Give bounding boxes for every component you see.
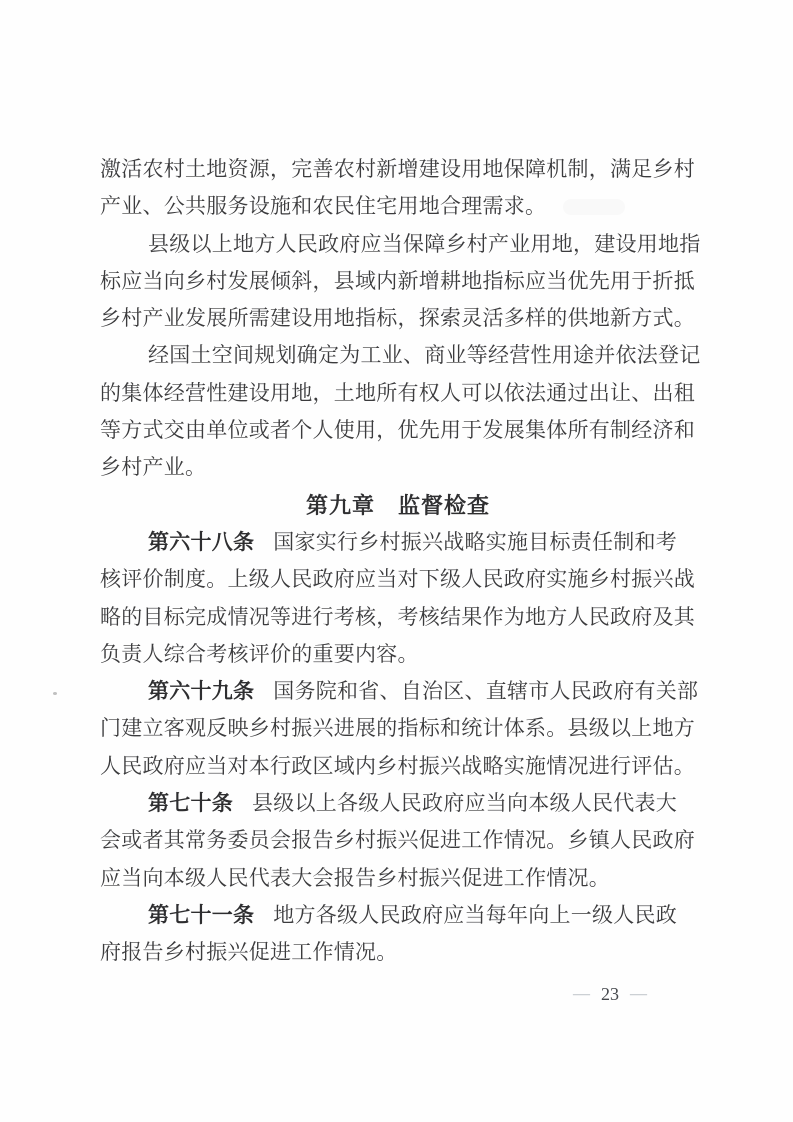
text-line: 的集体经营性建设用地，土地所有权人可以依法通过出让、出租	[100, 375, 696, 412]
article-first-line-text: 地方各级人民政府应当每年向上一级人民政	[273, 903, 677, 927]
text-line: 应当向本级人民代表大会报告乡村振兴促进工作情况。	[100, 860, 696, 897]
page-number-value: 23	[601, 983, 619, 1005]
article-first-line-text: 国家实行乡村振兴战略实施目标责任制和考	[273, 530, 677, 554]
text-line: 激活农村土地资源，完善农村新增建设用地保障机制，满足乡村	[100, 151, 696, 188]
text-line: 人民政府应当对本行政区域内乡村振兴战略实施情况进行评估。	[100, 748, 696, 785]
scan-speck	[53, 692, 57, 695]
text-line: 府报告乡村振兴促进工作情况。	[100, 934, 696, 971]
text-line: 核评价制度。上级人民政府应当对下级人民政府实施乡村振兴战	[100, 561, 696, 598]
article-number: 第六十九条	[148, 679, 254, 703]
article-first-line-text: 县级以上各级人民政府应当向本级人民代表大	[252, 791, 677, 815]
text-line: 产业、公共服务设施和农民住宅用地合理需求。	[100, 188, 696, 225]
text-line: 会或者其常务委员会报告乡村振兴促进工作情况。乡镇人民政府	[100, 822, 696, 859]
text-line: 第七十条县级以上各级人民政府应当向本级人民代表大	[100, 785, 696, 822]
article-number: 第六十八条	[148, 530, 254, 554]
text-line: 标应当向乡村发展倾斜，县域内新增耕地指标应当优先用于折抵	[100, 263, 696, 300]
scanned-document-page: 激活农村土地资源，完善农村新增建设用地保障机制，满足乡村产业、公共服务设施和农民…	[0, 0, 793, 1122]
text-line: 第六十八条国家实行乡村振兴战略实施目标责任制和考	[100, 524, 696, 561]
article-number: 第七十条	[148, 791, 233, 815]
page-number-dash-left: —	[573, 985, 590, 1003]
document-body: 激活农村土地资源，完善农村新增建设用地保障机制，满足乡村产业、公共服务设施和农民…	[100, 151, 696, 972]
chapter-heading: 第九章 监督检查	[100, 487, 696, 524]
article-number: 第七十一条	[148, 903, 254, 927]
text-line: 负责人综合考核评价的重要内容。	[100, 636, 696, 673]
page-number: — 23 —	[573, 983, 647, 1005]
text-line: 县级以上地方人民政府应当保障乡村产业用地，建设用地指	[100, 226, 696, 263]
text-line: 乡村产业发展所需建设用地指标，探索灵活多样的供地新方式。	[100, 300, 696, 337]
text-line: 略的目标完成情况等进行考核，考核结果作为地方人民政府及其	[100, 599, 696, 636]
text-line: 乡村产业。	[100, 449, 696, 486]
page-number-dash-right: —	[630, 985, 647, 1003]
text-line: 门建立客观反映乡村振兴进展的指标和统计体系。县级以上地方	[100, 710, 696, 747]
text-line: 等方式交由单位或者个人使用，优先用于发展集体所有制经济和	[100, 412, 696, 449]
text-line: 经国土空间规划确定为工业、商业等经营性用途并依法登记	[100, 337, 696, 374]
text-line: 第七十一条地方各级人民政府应当每年向上一级人民政	[100, 897, 696, 934]
text-line: 第六十九条国务院和省、自治区、直辖市人民政府有关部	[100, 673, 696, 710]
article-first-line-text: 国务院和省、自治区、直辖市人民政府有关部	[273, 679, 698, 703]
